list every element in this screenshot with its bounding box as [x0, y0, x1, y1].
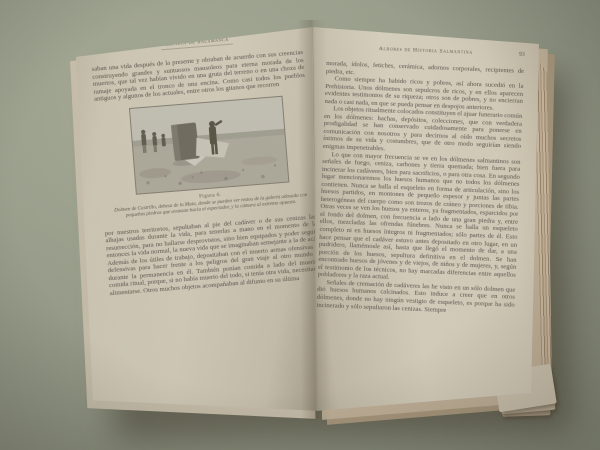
right-page: Albores de Historia Salmantina 93 morada…	[312, 24, 546, 416]
left-page-content: 92 Revista de Salamanca saban una vida d…	[90, 31, 323, 298]
right-page-content: Albores de Historia Salmantina 93 morada…	[314, 44, 525, 370]
figure	[129, 96, 287, 195]
left-page: 92 Revista de Salamanca saban una vida d…	[70, 24, 320, 416]
dolmen-photograph	[129, 95, 289, 194]
left-page-number: 92	[126, 45, 132, 51]
right-paragraph: Lo que con mayor frecuencia se ve en los…	[318, 150, 521, 286]
right-paragraph: Los objetos ritualmente colocados consti…	[323, 105, 523, 158]
right-page-number: 93	[519, 52, 525, 58]
left-paragraph-bottom: por nuestros territorios, sepultaban al …	[105, 213, 322, 298]
left-header-title: Revista de Salamanca	[161, 37, 233, 51]
photo-of-open-book: 92 Revista de Salamanca saban una vida d…	[0, 0, 600, 450]
right-text-block: morada, ídolos, fetiches, cerámica, ador…	[316, 60, 524, 317]
right-running-head: Albores de Historia Salmantina 93	[327, 44, 525, 63]
right-header-title: Albores de Historia Salmantina	[375, 46, 477, 57]
